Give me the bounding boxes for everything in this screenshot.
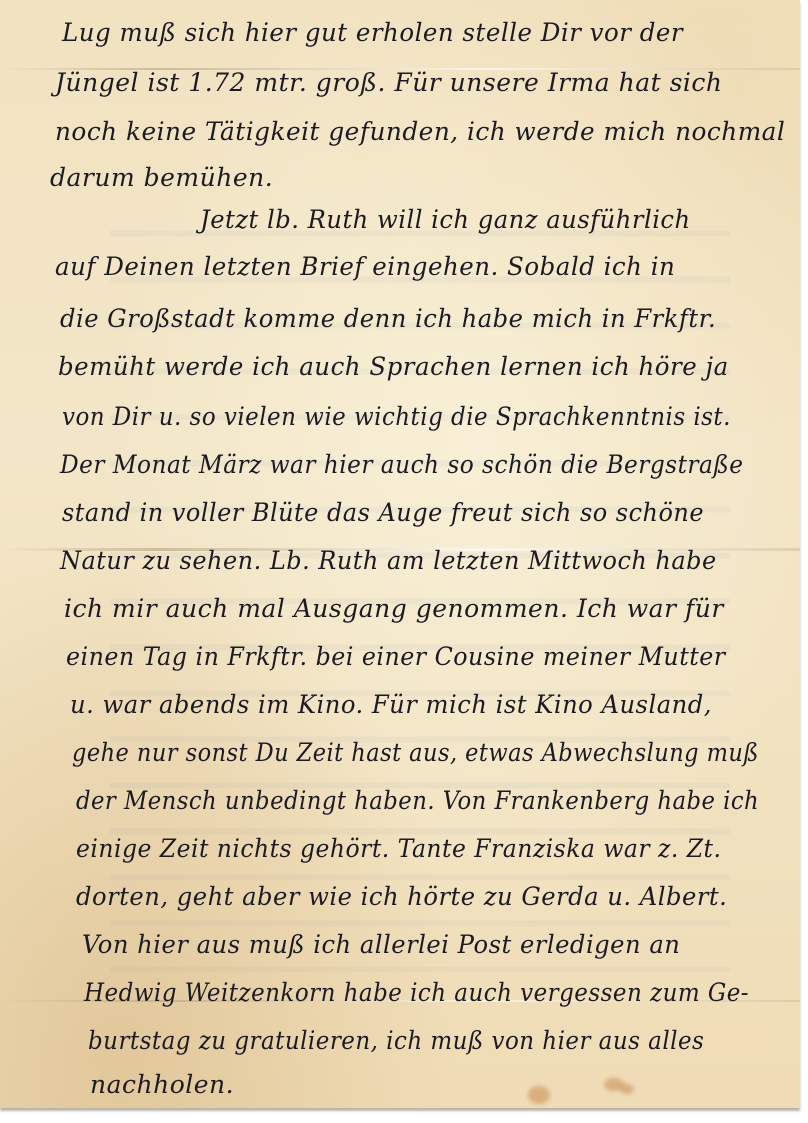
letter-line: Jüngel ist 1.72 mtr. groß. Für unsere Ir… xyxy=(55,68,723,97)
letter-line: Von hier aus muß ich allerlei Post erled… xyxy=(82,930,680,959)
stain xyxy=(620,1084,634,1094)
letter-line: gehe nur sonst Du Zeit hast aus, etwas A… xyxy=(72,738,759,767)
letter-line: von Dir u. so vielen wie wichtig die Spr… xyxy=(62,402,731,431)
letter-line: darum bemühen. xyxy=(50,163,273,192)
letter-line: einen Tag in Frkftr. bei einer Cousine m… xyxy=(66,642,726,671)
letter-line: Hedwig Weitzenkorn habe ich auch vergess… xyxy=(84,978,749,1007)
letter-line: Jetzt lb. Ruth will ich ganz ausführlich xyxy=(200,205,691,234)
letter-line: bemüht werde ich auch Sprachen lernen ic… xyxy=(58,352,729,381)
letter-line: u. war abends im Kino. Für mich ist Kino… xyxy=(70,690,712,719)
letter-line: Lug muß sich hier gut erholen stelle Dir… xyxy=(62,18,683,47)
letter-line: Der Monat März war hier auch so schön di… xyxy=(60,450,744,479)
letter-line: burtstag zu gratulieren, ich muß von hie… xyxy=(88,1026,704,1055)
letter-line: stand in voller Blüte das Auge freut sic… xyxy=(62,498,704,527)
letter-line: dorten, geht aber wie ich hörte zu Gerda… xyxy=(76,882,727,911)
letter-line: Natur zu sehen. Lb. Ruth am letzten Mitt… xyxy=(60,546,717,575)
letter-line: ich mir auch mal Ausgang genommen. Ich w… xyxy=(64,594,724,623)
letter-line: der Mensch unbedingt haben. Von Frankenb… xyxy=(76,786,759,815)
letter-line: einige Zeit nichts gehört. Tante Franzis… xyxy=(76,834,721,863)
letter-line: die Großstadt komme denn ich habe mich i… xyxy=(60,304,716,333)
letter-page: Lug muß sich hier gut erholen stelle Dir… xyxy=(0,0,800,1108)
letter-line: noch keine Tätigkeit gefunden, ich werde… xyxy=(55,117,785,146)
letter-line: nachholen. xyxy=(90,1070,234,1099)
stain xyxy=(528,1086,550,1104)
letter-line: auf Deinen letzten Brief eingehen. Sobal… xyxy=(55,252,675,281)
